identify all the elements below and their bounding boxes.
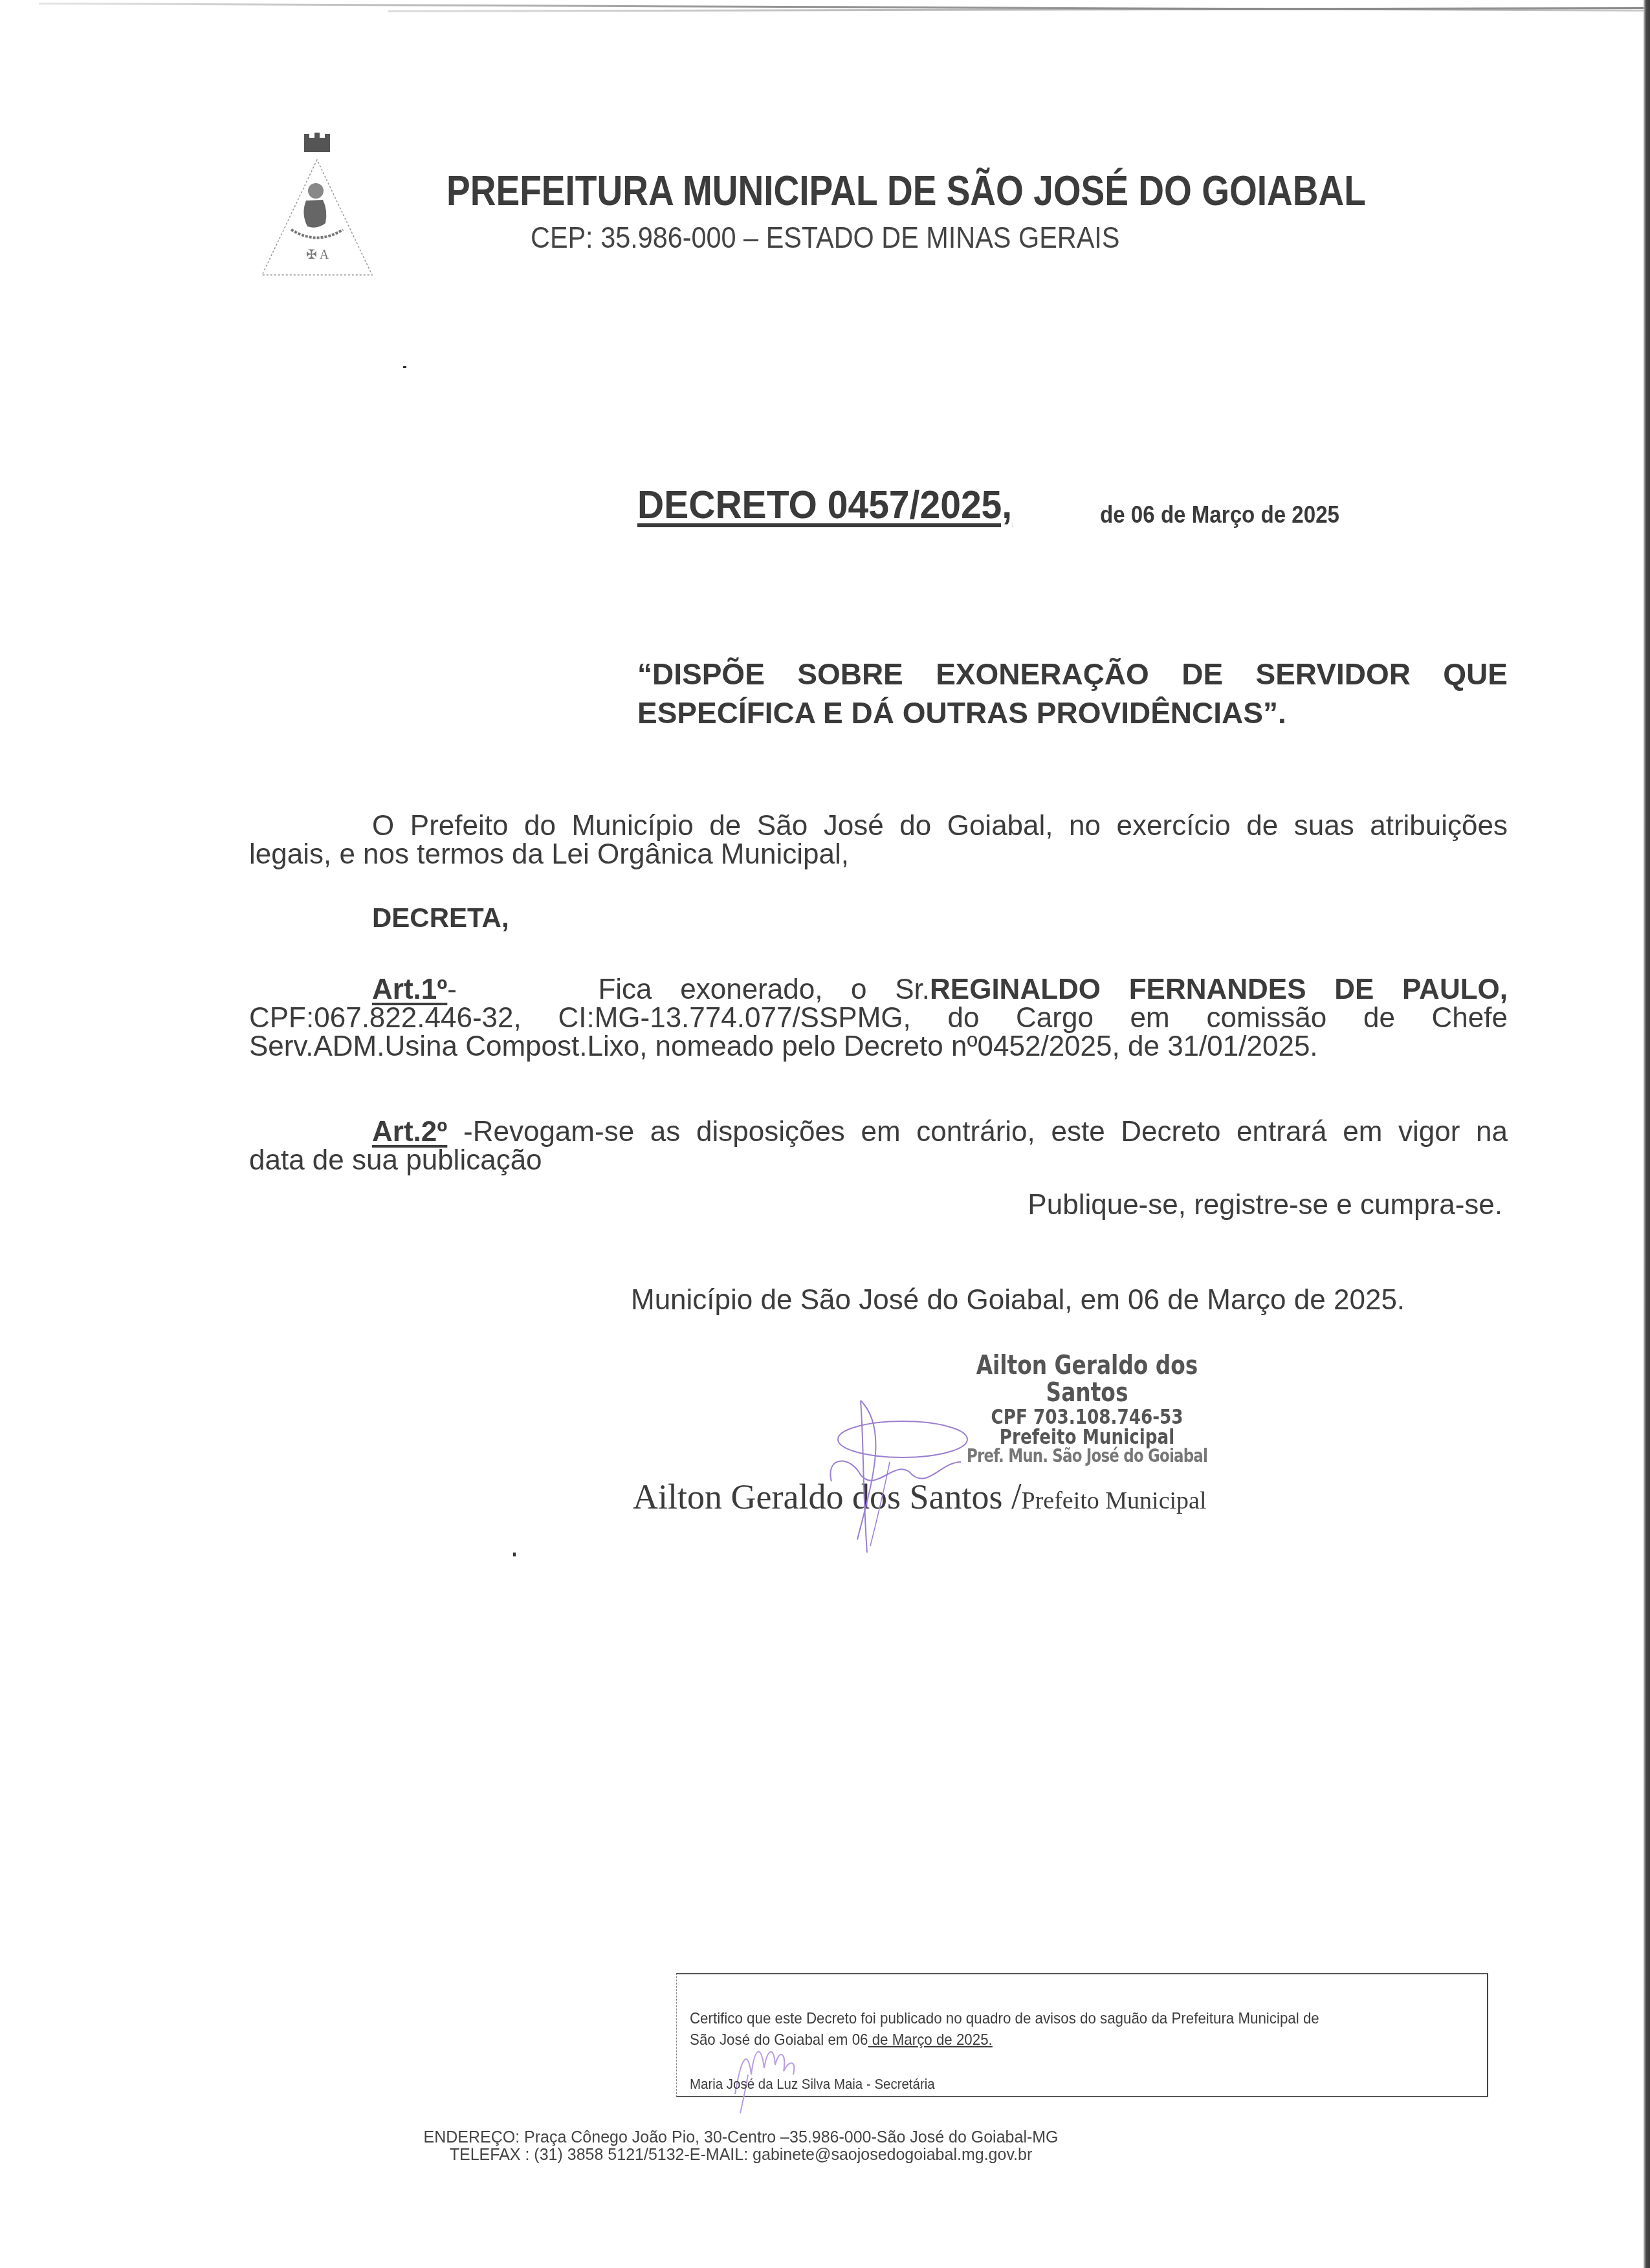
publication-certificate: Certifico que este Decreto foi publicado… — [676, 1973, 1488, 2097]
footer-contact: TELEFAX : (31) 3858 5121/5132-E-MAIL: ga… — [0, 2146, 1566, 2164]
article-2: Art.2º -Revogam-se as disposições em con… — [249, 1118, 1508, 1175]
article-1-dash: - — [447, 974, 457, 1005]
footer-address: ENDEREÇO: Praça Cônego João Pio, 30-Cent… — [0, 2128, 1566, 2147]
decree-date: de 06 de Março de 2025 — [1100, 501, 1339, 529]
article-1-text: Fica exonerado, o Sr. — [598, 974, 930, 1005]
article-1-label: Art.1º — [372, 974, 447, 1005]
article-1-line: Serv.ADM.Usina Compost.Lixo, nomeado pel… — [249, 1032, 1508, 1061]
scan-border-right — [1644, 0, 1650, 2268]
scan-speck — [513, 1553, 516, 1556]
article-1-line: Art.1º- Fica exonerado, o Sr.REGINALDO F… — [249, 976, 1508, 1004]
ementa-line: ESPECÍFICA E DÁ OUTRAS PROVIDÊNCIAS”. — [637, 693, 1508, 732]
municipality-title: PREFEITURA MUNICIPAL DE SÃO JOSÉ DO GOIA… — [446, 167, 1366, 215]
certificate-text: Certifico que este Decreto foi publicado… — [690, 2010, 1319, 2028]
municipality-subtitle: CEP: 35.986-000 – ESTADO DE MINAS GERAIS — [531, 220, 1119, 255]
svg-text:✠ A: ✠ A — [306, 248, 329, 262]
place-and-date: Município de São José do Goiabal, em 06 … — [631, 1284, 1405, 1316]
scan-speck — [403, 366, 406, 368]
article-2-line: data de sua publicação — [249, 1146, 1508, 1175]
preamble-line: legais, e nos termos da Lei Orgânica Mun… — [249, 840, 1508, 869]
article-1-person-name: REGINALDO FERNANDES DE PAULO, — [930, 974, 1508, 1005]
certificate-signer: Maria José da Luz Silva Maia - Secretári… — [690, 2076, 935, 2093]
article-1: Art.1º- Fica exonerado, o Sr.REGINALDO F… — [249, 976, 1508, 1061]
publication-clause: Publique-se, registre-se e cumpra-se. — [1028, 1189, 1502, 1221]
handwritten-signature-icon — [729, 2036, 806, 2113]
preamble-line: O Prefeito do Município de São José do G… — [249, 812, 1508, 840]
coat-of-arms-icon: ✠ A — [256, 133, 379, 281]
article-1-line: CPF:067.822.446-32, CI:MG-13.774.077/SSP… — [249, 1004, 1508, 1032]
article-2-text: -Revogam-se as disposições em contrário,… — [463, 1116, 1508, 1148]
decree-ementa: “DISPÕE SOBRE EXONERAÇÃO DE SERVIDOR QUE… — [637, 655, 1508, 732]
decree-number: DECRETO 0457/2025, — [637, 482, 1012, 528]
handwritten-signature-icon — [812, 1391, 1058, 1559]
decreta-heading: DECRETA, — [372, 902, 509, 933]
preamble: O Prefeito do Município de São José do G… — [249, 812, 1508, 869]
ementa-line: “DISPÕE SOBRE EXONERAÇÃO DE SERVIDOR QUE — [637, 655, 1508, 693]
certificate-date: de Março de 2025. — [868, 2031, 992, 2049]
article-2-line: Art.2º -Revogam-se as disposições em con… — [249, 1118, 1508, 1146]
article-2-label: Art.2º — [372, 1116, 447, 1148]
